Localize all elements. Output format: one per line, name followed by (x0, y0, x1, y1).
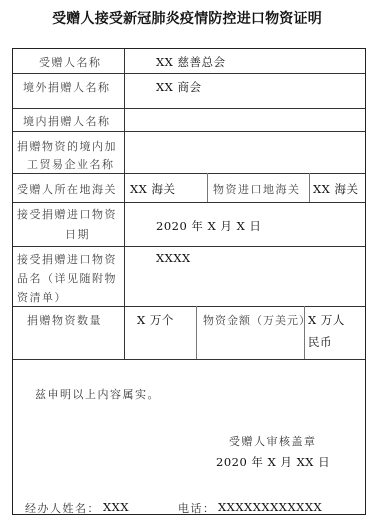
column-divider (196, 306, 197, 359)
handler-value: XXX (103, 500, 129, 514)
quantity-label: 捐赠物资数量 (27, 312, 102, 328)
recipient-name-value: XX 慈善总会 (156, 54, 226, 70)
column-divider (309, 173, 310, 202)
phone-label: 电话： (178, 500, 216, 516)
amount-value-line2: 民币 (308, 334, 332, 350)
import-customs-value: XX 海关 (313, 181, 359, 197)
goods-name-value: XXXX (156, 251, 191, 265)
amount-label: 物资金额（万美元） (203, 312, 311, 328)
quantity-value: X 万个 (137, 312, 174, 328)
certificate-table: 受赠人名称 XX 慈善总会 境外捐赠人名称 XX 商会 境内捐赠人名称 捐赠物资… (12, 48, 366, 515)
processing-enterprise-label-line2: 工贸易企业名称 (27, 156, 115, 172)
declaration-date: 2020 年 X 月 XX 日 (216, 454, 330, 470)
recipient-name-label: 受赠人名称 (39, 54, 102, 70)
document-title: 受赠人接受新冠肺炎疫情防控进口物资证明 (0, 8, 374, 28)
recipient-customs-label: 受赠人所在地海关 (17, 181, 117, 197)
domestic-donor-label: 境内捐赠人名称 (23, 113, 111, 129)
row-divider (13, 359, 365, 360)
row-divider (13, 202, 365, 203)
row-divider (13, 173, 365, 174)
seal-label: 受赠人审核盖章 (229, 433, 317, 449)
processing-enterprise-label-line1: 捐赠物资的境内加 (17, 138, 117, 154)
goods-name-label-line2: 品名（详见随附物 (17, 270, 117, 286)
row-divider (13, 246, 365, 247)
overseas-donor-label: 境外捐赠人名称 (23, 79, 111, 95)
goods-name-label-line3: 资清单） (17, 289, 67, 305)
column-divider (124, 49, 125, 359)
phone-value: XXXXXXXXXXXX (218, 500, 322, 514)
row-divider (13, 108, 365, 109)
receive-date-label-line1: 接受捐赠进口物资 (17, 206, 117, 222)
declaration-statement: 兹申明以上内容属实。 (35, 386, 160, 402)
overseas-donor-value: XX 商会 (156, 79, 202, 95)
row-divider (13, 131, 365, 132)
amount-value-line1: X 万人 (308, 312, 345, 328)
import-customs-label: 物资进口地海关 (213, 181, 301, 197)
handler-label: 经办人姓名： (25, 500, 100, 516)
row-divider (13, 73, 365, 74)
receive-date-label-line2: 日期 (65, 226, 90, 242)
recipient-customs-value: XX 海关 (130, 181, 176, 197)
goods-name-label-line1: 接受捐赠进口物资 (17, 251, 117, 267)
row-divider (13, 306, 365, 307)
receive-date-value: 2020 年 X 月 X 日 (156, 218, 261, 234)
column-divider (207, 173, 208, 202)
